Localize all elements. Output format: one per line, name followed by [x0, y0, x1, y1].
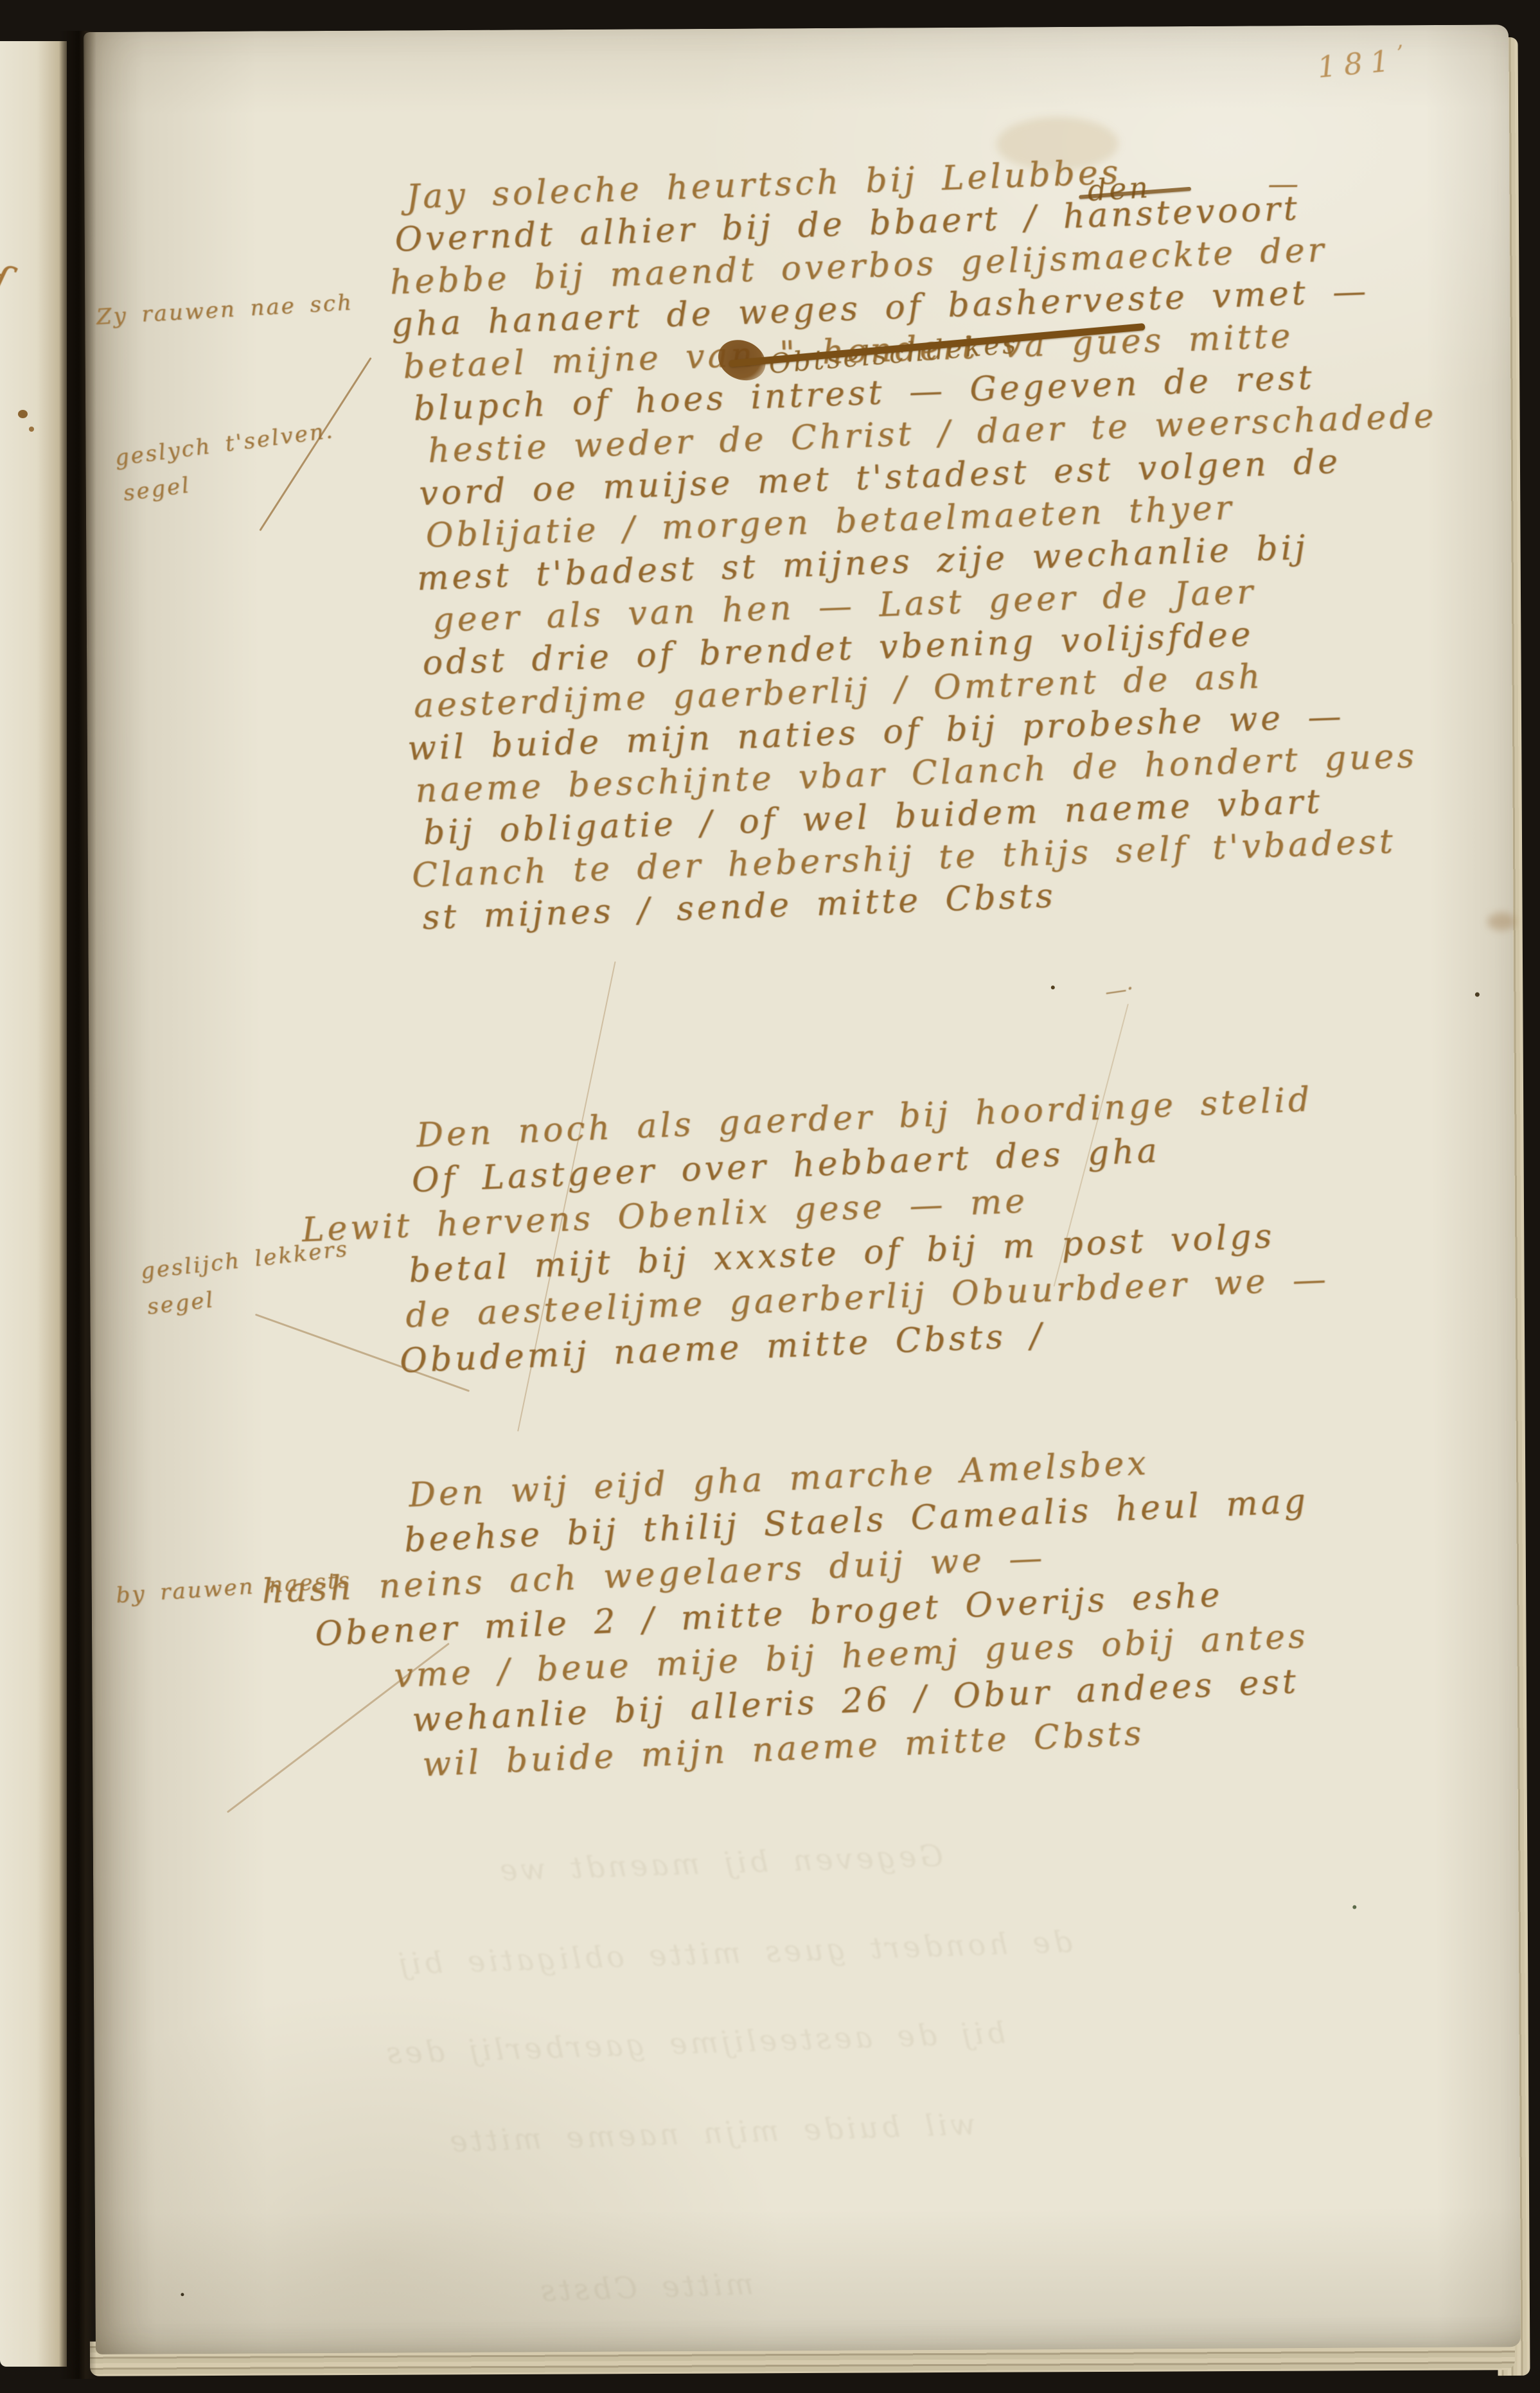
struck-out-word: den [1086, 170, 1151, 208]
bleedthrough-text: de hondert gues mitte obligatie bij [395, 1924, 1073, 1981]
manuscript-scan: { "folio": { "page_number": "181", "corn… [0, 0, 1540, 2393]
bleedthrough-text: wil buide mijn naeme mitte [446, 2106, 976, 2159]
facing-page-ink-spot [29, 427, 34, 432]
paper-speck [1051, 985, 1055, 989]
entry-2-text-block: Den noch als gaerder bij hoordinge steli… [301, 1077, 1332, 1388]
bleedthrough-text: bij de aesteelijme gaerberlij des [383, 2015, 1006, 2071]
folio-number-tick: ʼ [1395, 40, 1404, 67]
facing-page-ink-spot [18, 410, 28, 418]
paragraph-end-mark: —· [1103, 976, 1135, 1005]
paper-speck [1352, 1905, 1356, 1909]
folio-number-value: 181 [1316, 42, 1398, 84]
margin-note-line: Zy rauwen nae sch [95, 285, 354, 335]
line-end-dash: — [1268, 166, 1298, 202]
paper-speck [181, 2293, 184, 2296]
margin-note-1: Zy rauwen nae sch [95, 285, 354, 335]
entry-3-text-block: Den wij eijd gha marche Amelsbex beehse … [303, 1434, 1320, 1792]
margin-note-2: geslych t'selven. segel [112, 412, 341, 512]
paper-stain [1487, 912, 1516, 930]
folio-number: 181ʼ [1316, 40, 1405, 84]
entry-1-text-block: Jay soleche heurtsch bij Lelubbes Overnd… [386, 141, 1453, 940]
bleedthrough-text: mitte Cbsts [537, 2266, 754, 2308]
manuscript-page: 181ʼ Jay soleche heurtsch bij Lelubbes O… [84, 24, 1521, 2354]
facing-page-edge [0, 41, 67, 2367]
bleedthrough-text: Gegeven bij maendt we [496, 1838, 944, 1887]
paper-speck [1475, 993, 1480, 997]
